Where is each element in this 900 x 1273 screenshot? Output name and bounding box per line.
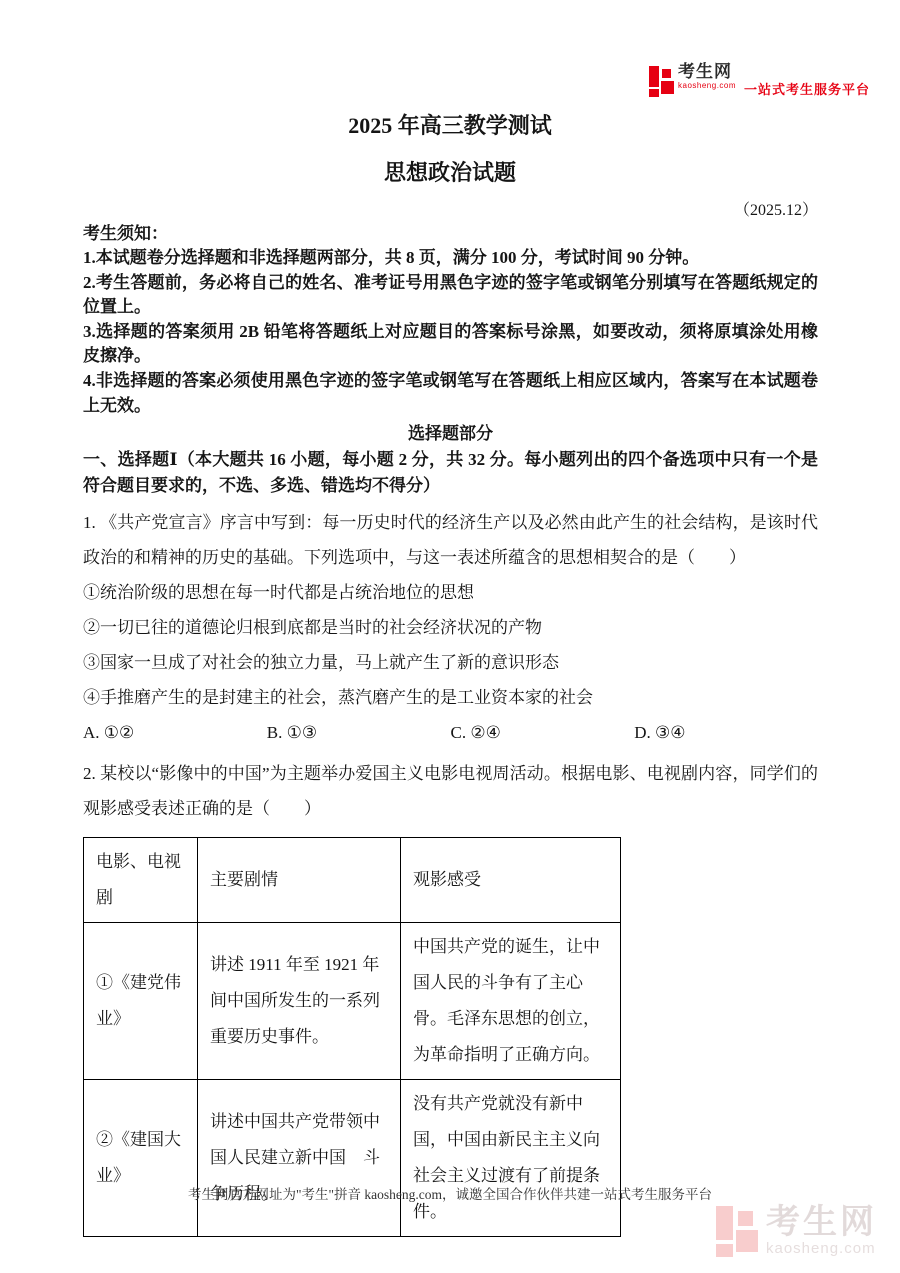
table-cell-film-1: ①《建党伟业》 (84, 923, 198, 1080)
content: 考生须知： 1.本试题卷分选择题和非选择题两部分，共 8 页，满分 100 分，… (83, 222, 818, 1237)
footer-text: 考生网官方网址为"考生"拼音 kaosheng.com，诚邀全国合作伙伴共建一站… (0, 1183, 900, 1203)
notice-item-4: 4.非选择题的答案必须使用黑色字迹的签字笔或钢笔写在答题纸上相应区域内，答案写在… (83, 369, 818, 418)
brand-name: 考生网 (678, 63, 736, 81)
table-row: ②《建国大业》 讲述中国共产党带领中国人民建立新中国 斗争历程。 没有共产党就没… (84, 1080, 621, 1237)
logo-block (649, 66, 659, 87)
watermark-text: 考生网 kaosheng.com (766, 1204, 877, 1257)
notice-item-3: 3.选择题的答案须用 2B 铅笔将答题纸上对应题目的答案标号涂黑，如要改动，须将… (83, 320, 818, 369)
table-cell-plot-1: 讲述 1911 年至 1921 年间中国所发生的一系列重要历史事件。 (198, 923, 401, 1080)
kaosheng-watermark: 考生网 kaosheng.com (716, 1204, 877, 1258)
kaosheng-logo: 考生网 kaosheng.com 一站式考生服务平台 (649, 63, 870, 98)
question-2-table: 电影、电视剧 主要剧情 观影感受 ①《建党伟业》 讲述 1911 年至 1921… (83, 837, 621, 1237)
table-header-film: 电影、电视剧 (84, 838, 198, 923)
exam-title: 2025 年高三教学测试 (0, 112, 900, 140)
question-1-option-2: ②一切已往的道德论归根到底都是当时的社会经济状况的产物 (83, 610, 818, 645)
table-cell-feeling-1: 中国共产党的诞生，让中国人民的斗争有了主心骨。毛泽东思想的创立，为革命指明了正确… (401, 923, 621, 1080)
subject-title: 思想政治试题 (0, 159, 900, 187)
question-1-option-1: ①统治阶级的思想在每一时代都是占统治地位的思想 (83, 575, 818, 610)
choice-b: B. ①③ (267, 715, 451, 750)
exam-paper-page: 考生网 kaosheng.com 一站式考生服务平台 2025 年高三教学测试 … (0, 0, 900, 1273)
table-header-row: 电影、电视剧 主要剧情 观影感受 (84, 838, 621, 923)
question-1-option-3: ③国家一旦成了对社会的独立力量，马上就产生了新的意识形态 (83, 645, 818, 680)
brand-tagline: 一站式考生服务平台 (744, 79, 870, 98)
brand-domain: kaosheng.com (678, 81, 736, 91)
logo-block (649, 89, 659, 97)
kaosheng-watermark-icon (716, 1206, 758, 1258)
section-part-title: 选择题部分 (83, 421, 818, 447)
watermark-brand-name: 考生网 (766, 1204, 877, 1240)
watermark-brand-domain: kaosheng.com (766, 1240, 877, 1257)
watermark-block (738, 1211, 753, 1226)
watermark-block (716, 1206, 733, 1240)
notice-item-1: 1.本试题卷分选择题和非选择题两部分，共 8 页，满分 100 分，考试时间 9… (83, 246, 818, 271)
exam-date: （2025.12） (0, 197, 818, 220)
kaosheng-logo-icon (649, 66, 674, 97)
logo-block (662, 69, 671, 78)
question-2-stem: 2. 某校以“影像中的中国”为主题举办爱国主义电影电视周活动。根据电影、电视剧内… (83, 756, 818, 826)
notice-label: 考生须知： (83, 222, 818, 246)
choice-d: D. ③④ (634, 715, 818, 750)
notice-item-2: 2.考生答题前，务必将自己的姓名、准考证号用黑色字迹的签字笔或钢笔分别填写在答题… (83, 271, 818, 320)
watermark-block (716, 1244, 733, 1257)
question-1-stem: 1. 《共产党宣言》序言中写到：每一历史时代的经济生产以及必然由此产生的社会结构… (83, 505, 818, 575)
choice-a: A. ①② (83, 715, 267, 750)
question-1-options: ①统治阶级的思想在每一时代都是占统治地位的思想 ②一切已往的道德论归根到底都是当… (83, 575, 818, 715)
table-header-plot: 主要剧情 (198, 838, 401, 923)
choice-c: C. ②④ (451, 715, 635, 750)
table-row: ①《建党伟业》 讲述 1911 年至 1921 年间中国所发生的一系列重要历史事… (84, 923, 621, 1080)
table-cell-plot-2: 讲述中国共产党带领中国人民建立新中国 斗争历程。 (198, 1080, 401, 1237)
table-cell-feeling-2: 没有共产党就没有新中国，中国由新民主主义向社会主义过渡有了前提条件。 (401, 1080, 621, 1237)
brand-text: 考生网 kaosheng.com (678, 63, 736, 91)
question-1-choices: A. ①② B. ①③ C. ②④ D. ③④ (83, 715, 818, 750)
watermark-block (736, 1230, 758, 1252)
logo-block (661, 81, 674, 94)
table-cell-film-2: ②《建国大业》 (84, 1080, 198, 1237)
question-1-option-4: ④手推磨产生的是封建主的社会，蒸汽磨产生的是工业资本家的社会 (83, 680, 818, 715)
table-header-feeling: 观影感受 (401, 838, 621, 923)
section-intro: 一、选择题Ⅰ（本大题共 16 小题，每小题 2 分，共 32 分。每小题列出的四… (83, 447, 818, 499)
